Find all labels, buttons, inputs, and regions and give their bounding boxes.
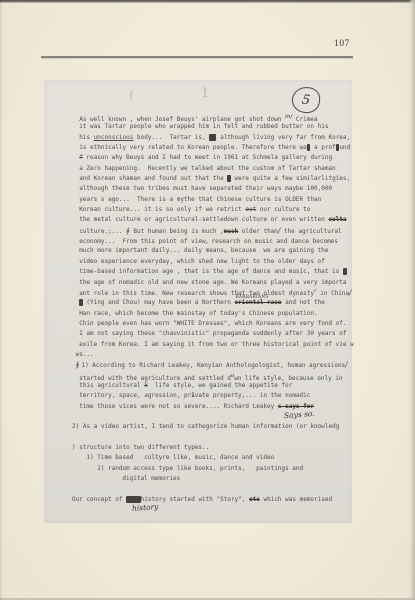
photo-of-book-page: { "page_number": "107", "colors": { "pap… [0,0,415,600]
typed-segment: digital memories [122,475,180,482]
typed-line: ∮ 1) According to Richard Leakey, Kenyia… [72,360,340,370]
typed-segment: Han race, which become the mainstay of t… [79,310,317,317]
typed-segment: and Korean shaman and found out that the [79,175,227,182]
pencil-mark: 1 [201,86,209,101]
typed-line: time those vices were not so severe.... … [72,402,340,412]
typed-segment: xxxx [126,496,140,503]
scanned-typescript-page: As well known , when Josef Beuys' airpla… [44,80,352,523]
typed-segment: video experience everyday, which shed ne… [79,258,325,265]
handwritten-note: history [132,502,159,514]
typed-segment: although living very far from Korea, [216,134,350,141]
typed-segment: 1) According to Richard Leakey, Kenyian … [81,362,345,369]
typed-segment: the age of nomadic old and new stone age… [79,279,346,286]
photo-edge-left [0,0,3,600]
typed-segment: although these two tribes must have sepa… [79,185,332,192]
typed-line [72,433,340,443]
typed-line: ws... [72,350,340,360]
typed-segment: this agricultural [79,382,144,389]
typed-segment: t [343,268,347,275]
typed-segment: much [224,228,238,235]
circled-number: 5 [301,92,311,108]
typed-line: 2) As a video artist, I tend to cathegor… [72,422,340,432]
typed-segment: time-based information age , that is the… [79,268,343,275]
annotated-segment: s says forSays so. [278,402,314,412]
typed-line: As well known , when Josef Beuys' airpla… [72,112,340,122]
typed-segment: territory, space, agression, pr [79,392,191,399]
typed-line: economy... From this point of view, rese… [72,236,340,246]
typed-segment: vate property,... in the nomadic [195,392,311,399]
typed-line: 2) random access type like books, prints… [72,464,340,474]
typed-line: Chin people even has worn "WHITE Dresses… [72,319,340,329]
typed-segment: which was memorised [260,496,332,503]
typed-segment: etc [249,496,260,503]
typed-segment: it was Tartar people who wrapped him in … [79,123,328,130]
typed-segment: I am not saying these "chauvinistic" pro… [79,330,346,337]
typed-line: e (Ying and Chou) may have been a Northe… [72,298,340,308]
typed-segment: (Ying and Chou) may have been a Northern [83,299,235,306]
typed-segment: time those vices were not so severe.... … [79,403,278,410]
typed-segment: culture.;... [79,228,126,235]
typed-segment: were quite a few similarlitgies, [231,175,350,182]
typed-segment: ws... [76,351,94,358]
handwritten-note: Says so. [284,409,315,421]
page-number: 107 [330,39,354,49]
typed-line: Korean culture... it is so only if we re… [72,205,340,215]
typed-segment: much more important daily... daily means… [79,247,328,254]
handwritten-note: BARBARIANS [236,293,269,303]
typed-segment: out [245,206,256,213]
typed-line: much more important daily... daily means… [72,246,340,256]
typed-line: started with the agriculture and settled… [72,371,340,381]
typed-line: video experience everyday, which shed ne… [72,257,340,267]
annotated-segment: oriental raceBARBARIANS [235,298,282,308]
typed-line: this agricultural k life style, we gaine… [72,381,340,391]
typed-segment: But human being is much , [130,228,224,235]
typed-line [72,484,340,494]
typed-segment: culta [328,216,346,223]
typed-segment: older than [238,228,278,235]
typed-segment: years s ago... There is a mythe that Chi… [79,196,321,203]
handwritten-mark: / [345,361,347,369]
typed-line: territory, space, agression, private pro… [72,391,340,401]
typed-segment: economy... From this point of view [79,238,205,245]
typed-line: a Zero happening. Recently we talked abo… [72,164,340,174]
typed-line: exile from Korea. I am saying it from tw… [72,340,340,350]
typed-line: and Korean shaman and found out that the… [72,174,340,184]
typed-segment: exile from Korea. I am saying it from tw… [79,341,354,348]
typed-line: the metal culture or agricultural-settle… [72,215,340,225]
photo-edge-top [0,0,415,3]
typed-line: is ethnically very related to Korean peo… [72,143,340,153]
typed-segment: the agricultural [280,228,341,235]
typed-segment: the metal culture or agricultural-settle… [79,216,328,223]
typed-segment: Our concept of [72,496,126,503]
typed-segment: ant role in this time. New research show… [79,290,314,297]
handwritten-mark: / [349,289,351,297]
typed-segment: 1) Time based cultyre like, music, dance… [86,454,274,461]
typed-line: ) structure into two different types.. [72,443,340,453]
typed-segment: und [339,144,350,151]
typed-line: ant role in this time. New research show… [72,288,340,298]
annotated-segment: xxxxhistory [126,495,140,505]
typed-segment: his [79,134,93,141]
typed-line: Han race, which become the mainstay of t… [72,309,340,319]
typed-segment: research on music and dance becomes [208,238,338,245]
typed-segment: body... Tartar is, [133,134,209,141]
typed-segment: a prof [310,144,335,151]
typed-segment: and not the [282,299,325,306]
typed-segment: a Zero happening. Recently we talked abo… [79,165,335,172]
typed-line: years s ago... There is a mythe that Chi… [72,195,340,205]
typed-segment: Chin people even has worn "WHITE Dresses… [79,320,346,327]
typed-segment: reason why Beuys and I had to meet in 19… [83,154,332,161]
typed-line: time-based information age , that is the… [72,267,340,277]
typed-segment: life style, we gained the appetite for [148,382,293,389]
photo-edge-right [409,0,415,600]
typed-segment: unconscious [94,134,134,141]
header-rule [41,56,353,58]
typed-segment: Korean culture... it is so only if we re… [79,206,245,213]
typed-line: Our concept of xxxxhistoryhistory starte… [72,495,340,505]
typed-line: it was Tartar people who wrapped him in … [72,122,340,132]
typed-line: culture.;... ∮ But human being is much ,… [72,226,340,236]
typed-text: As well known , when Josef Beuys' airpla… [44,80,352,523]
typed-segment: 2) random access type like books, prints… [97,465,303,472]
typed-segment: in China [317,290,350,297]
typed-line: digital memories [72,474,340,484]
typed-segment: ) structure into two different types.. [72,444,209,451]
typed-segment: 2) As a video artist, I tend to cathegor… [72,423,339,430]
typed-line: although these two tribes must have sepa… [72,184,340,194]
typed-line: his unconscious body... Tartar is, Md al… [72,133,340,143]
typed-line: the age of nomadic old and new stone age… [72,278,340,288]
typed-line: I am not saying these "chauvinistic" pro… [72,329,340,339]
typed-segment: our culture to [256,206,310,213]
typed-line: f reason why Beuys and I had to meet in … [72,153,340,163]
typed-segment: is ethnically very related to Korean peo… [79,144,307,151]
typed-line: 1) Time based cultyre like, music, dance… [72,453,340,463]
